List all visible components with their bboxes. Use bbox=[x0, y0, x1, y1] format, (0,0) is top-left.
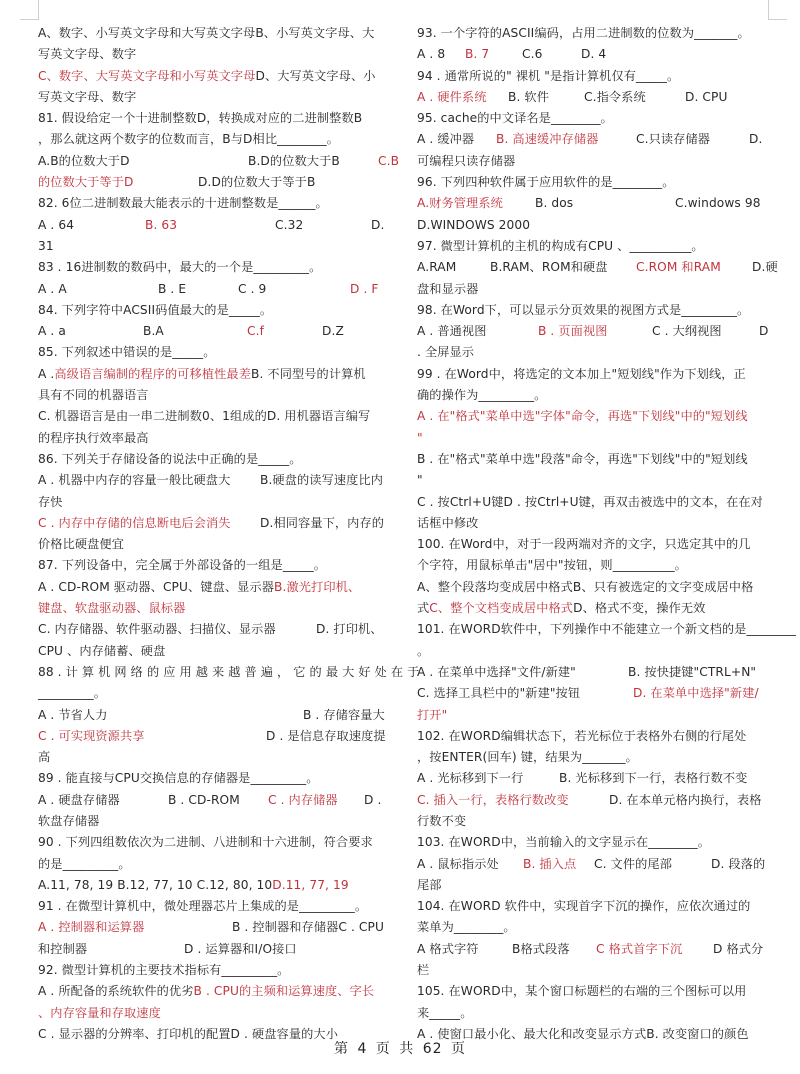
text-segment: A.B的位数大于D bbox=[38, 151, 248, 172]
text-line: 97. 微型计算机的主机的构成有CPU 、__________。 bbox=[417, 236, 773, 257]
text-line: 103. 在WORD中，当前输入的文字显示在________。 bbox=[417, 832, 773, 853]
text-line: A . 控制器和运算器B . 控制器和存储器C . CPU bbox=[38, 917, 390, 938]
text-line: 94 . 通常所说的" 裸机 "是指计算机仅有_____。 bbox=[417, 66, 773, 87]
text-line: A.11, 78, 19 B.12, 77, 10 C.12, 80, 10 D… bbox=[38, 875, 390, 896]
text-line: 确的操作为_________。 bbox=[417, 385, 773, 406]
text-segment: 91 . 在微型计算机中，微处理器芯片上集成的是_________。 bbox=[38, 896, 367, 917]
text-segment: 的程序执行效率最高 bbox=[38, 428, 149, 449]
text-line: 的是_________。 bbox=[38, 854, 390, 875]
answer-highlight: D . F bbox=[350, 279, 379, 300]
text-line: 81. 假设给定一个十进制整数D，转换成对应的二进制整数B bbox=[38, 108, 390, 129]
text-line: 85. 下列叙述中错误的是_____。 bbox=[38, 342, 390, 363]
text-line: 栏 bbox=[417, 960, 773, 981]
text-segment: 100. 在Word中，对于一段两端对齐的文字，只选定其中的几 bbox=[417, 534, 751, 555]
text-segment: 确的操作为_________。 bbox=[417, 385, 546, 406]
text-segment: 栏 bbox=[417, 960, 429, 981]
text-segment: 式 bbox=[417, 598, 429, 619]
text-segment: D 格式分 bbox=[713, 939, 763, 960]
text-line: C . 内存中存储的信息断电后会消失D.相同容量下，内存的 bbox=[38, 513, 390, 534]
text-line: 100. 在Word中，对于一段两端对齐的文字，只选定其中的几 bbox=[417, 534, 773, 555]
text-segment: C. 文件的尾部 bbox=[594, 854, 711, 875]
answer-highlight: 、内存容量和存取速度 bbox=[38, 1003, 161, 1024]
text-line: A . 普通视图B . 页面视图C . 大纲视图D bbox=[417, 321, 773, 342]
text-segment: B.RAM、ROM和硬盘 bbox=[490, 257, 636, 278]
text-segment: 来_____。 bbox=[417, 1003, 473, 1024]
text-line: _________。 bbox=[38, 683, 390, 704]
text-line: 93. 一个字符的ASCII编码，占用二进制数的位数为_______。 bbox=[417, 23, 773, 44]
text-segment: 具有不同的机器语言 bbox=[38, 385, 149, 406]
text-segment: D、大写英文字母、小 bbox=[256, 66, 376, 87]
answer-highlight: 打开" bbox=[417, 705, 447, 726]
text-line: A . 鼠标指示处B. 插入点C. 文件的尾部D. 段落的 bbox=[417, 854, 773, 875]
text-segment: _________。 bbox=[38, 683, 106, 704]
text-line: 83 . 16进制数的数码中，最大的一个是_________。 bbox=[38, 257, 390, 278]
text-segment: B . 在"格式"菜单中选"段落"命令，再选"下划线"中的"短划线 bbox=[417, 449, 748, 470]
text-segment: 81. 假设给定一个十进制整数D，转换成对应的二进制整数B bbox=[38, 108, 362, 129]
text-line: " bbox=[417, 470, 773, 491]
text-line: 写英文字母、数字 bbox=[38, 44, 390, 65]
answer-highlight: C、数字、大写英文字母和小写英文字母 bbox=[38, 66, 256, 87]
text-segment: B. dos bbox=[535, 193, 675, 214]
answer-highlight: 键盘、软盘驱动器、鼠标器 bbox=[38, 598, 185, 619]
text-segment: 盘和显示器 bbox=[417, 279, 478, 300]
text-segment: 90 . 下列四组数依次为二进制、八进制和十六进制，符合要求 bbox=[38, 832, 373, 853]
text-line: A . 所配备的系统软件的优劣B . CPU的主频和运算速度、字长 bbox=[38, 981, 390, 1002]
answer-highlight: 高级语言编制的程序的可移植性最差 bbox=[54, 364, 251, 385]
text-segment: 86. 下列关于存储设备的说法中正确的是_____。 bbox=[38, 449, 302, 470]
answer-highlight: D. 在菜单中选择"新建/ bbox=[633, 683, 759, 704]
text-segment: A . 节省人力 bbox=[38, 705, 303, 726]
text-segment: B . 控制器和存储器C . CPU bbox=[232, 917, 384, 938]
text-segment: 85. 下列叙述中错误的是_____。 bbox=[38, 342, 216, 363]
text-line: A 格式字符B格式段落C 格式首字下沉D 格式分 bbox=[417, 939, 773, 960]
text-segment: C.32 bbox=[275, 215, 371, 236]
text-line: 101. 在WORD软件中，下列操作中不能建立一个新文档的是________ bbox=[417, 619, 773, 640]
text-segment: 83 . 16进制数的数码中，最大的一个是_________。 bbox=[38, 257, 321, 278]
text-line: 89 . 能直接与CPU交换信息的存储器是_________。 bbox=[38, 768, 390, 789]
text-line: 、内存容量和存取速度 bbox=[38, 1003, 390, 1024]
answer-highlight: C.f bbox=[247, 321, 322, 342]
text-segment: D . 是信息存取速度提 bbox=[266, 726, 386, 747]
answer-highlight: 的位数大于等于D bbox=[38, 172, 198, 193]
text-line: 84. 下列字符中ACSII码值最大的是_____。 bbox=[38, 300, 390, 321]
text-line: C、数字、大写英文字母和小写英文字母D、大写英文字母、小 bbox=[38, 66, 390, 87]
text-line: 102. 在WORD编辑状态下，若光标位于表格外右侧的行尾处 bbox=[417, 726, 773, 747]
text-line: A . CD-ROM 驱动器、CPU、键盘、显示器 B.激光打印机、 bbox=[38, 577, 390, 598]
text-line: 价格比硬盘便宜 bbox=[38, 534, 390, 555]
text-line: A.B的位数大于DB.D的位数大于BC.B bbox=[38, 151, 390, 172]
text-segment: 101. 在WORD软件中，下列操作中不能建立一个新文档的是________ bbox=[417, 619, 796, 640]
text-line: 的程序执行效率最高 bbox=[38, 428, 390, 449]
text-segment: B. 按快捷键"CTRL+N" bbox=[628, 662, 756, 683]
text-segment: C.指令系统 bbox=[584, 87, 685, 108]
answer-highlight: B. 高速缓冲存储器 bbox=[496, 129, 636, 150]
answer-highlight: " bbox=[417, 428, 423, 449]
text-segment: C. 内存储器、软件驱动器、扫描仪、显示器 bbox=[38, 619, 316, 640]
text-line: A . 高级语言编制的程序的可移植性最差B. 不同型号的计算机 bbox=[38, 364, 390, 385]
text-line: 个字符，用鼠标单击"居中"按钮，则__________。 bbox=[417, 555, 773, 576]
text-line: 写英文字母、数字 bbox=[38, 87, 390, 108]
text-segment: D.Z bbox=[322, 321, 344, 342]
text-line: A . 在菜单中选择"文件/新建"B. 按快捷键"CTRL+N" bbox=[417, 662, 773, 683]
answer-highlight: B . 页面视图 bbox=[538, 321, 652, 342]
answer-highlight: C.ROM 和RAM bbox=[636, 257, 752, 278]
text-segment: 94 . 通常所说的" 裸机 "是指计算机仅有_____。 bbox=[417, 66, 679, 87]
text-line: 86. 下列关于存储设备的说法中正确的是_____。 bbox=[38, 449, 390, 470]
right-column: 93. 一个字符的ASCII编码，占用二进制数的位数为_______。A . 8… bbox=[417, 23, 773, 1045]
text-segment: 96. 下列四种软件属于应用软件的是________。 bbox=[417, 172, 675, 193]
text-line: A . 在"格式"菜单中选"字体"命令，再选"下划线"中的"短划线 bbox=[417, 406, 773, 427]
text-line: 99 . 在Word中，将选定的文本加上"短划线"作为下划线，正 bbox=[417, 364, 773, 385]
text-segment: C. 选择工具栏中的"新建"按钮 bbox=[417, 683, 633, 704]
text-segment: B . 存储容量大 bbox=[303, 705, 385, 726]
text-line: 软盘存储器 bbox=[38, 811, 390, 832]
text-line: 87. 下列设备中，完全属于外部设备的一组是_____。 bbox=[38, 555, 390, 576]
text-line: 31 bbox=[38, 236, 390, 257]
text-segment: 31 bbox=[38, 236, 54, 257]
text-segment: D.D的位数大于等于B bbox=[198, 172, 315, 193]
text-segment: B. 软件 bbox=[508, 87, 584, 108]
text-line: 104. 在WORD 软件中，实现首字下沉的操作，应依次通过的 bbox=[417, 896, 773, 917]
text-segment: D bbox=[759, 321, 769, 342]
text-segment: 写英文字母、数字 bbox=[38, 44, 136, 65]
text-segment: D . 运算器和I/O接口 bbox=[184, 939, 297, 960]
text-line: 式C、整个文档变成居中格式D、格式不变，操作无效 bbox=[417, 598, 773, 619]
text-segment: 。 bbox=[417, 641, 429, 662]
text-segment: C . 大纲视图 bbox=[652, 321, 759, 342]
text-line: 具有不同的机器语言 bbox=[38, 385, 390, 406]
text-segment: 菜单为________。 bbox=[417, 917, 516, 938]
text-line: A、整个段落均变成居中格式B、只有被选定的文字变成居中格 bbox=[417, 577, 773, 598]
text-segment: A.11, 78, 19 B.12, 77, 10 C.12, 80, 10 bbox=[38, 875, 272, 896]
answer-highlight: B . CPU的主频和运算速度、字长 bbox=[194, 981, 375, 1002]
text-segment: 可编程只读存储器 bbox=[417, 151, 515, 172]
answer-highlight: B. 插入点 bbox=[523, 854, 594, 875]
text-segment: 存快 bbox=[38, 492, 63, 513]
text-line: 88 . 计 算 机 网 络 的 应 用 越 来 越 普 遍 ， 它 的 最 大… bbox=[38, 662, 390, 683]
text-segment: B . E bbox=[158, 279, 238, 300]
answer-highlight: A . 硬件系统 bbox=[417, 87, 508, 108]
text-segment: B. 不同型号的计算机 bbox=[251, 364, 366, 385]
text-segment: C.6 bbox=[522, 44, 581, 65]
text-segment: D. bbox=[749, 129, 762, 150]
text-segment: 104. 在WORD 软件中，实现首字下沉的操作，应依次通过的 bbox=[417, 896, 750, 917]
text-segment: 99 . 在Word中，将选定的文本加上"短划线"作为下划线，正 bbox=[417, 364, 746, 385]
text-line: 96. 下列四种软件属于应用软件的是________。 bbox=[417, 172, 773, 193]
text-line: 可编程只读存储器 bbox=[417, 151, 773, 172]
text-line: A . 机器中内存的容量一般比硬盘大B.硬盘的读写速度比内 bbox=[38, 470, 390, 491]
answer-highlight: C . 内存储器 bbox=[268, 790, 364, 811]
text-segment: ，那么就这两个数字的位数而言，B与D相比________。 bbox=[38, 129, 339, 150]
text-segment: C. 机器语言是由一串二进制数0、1组成的D. 用机器语言编写 bbox=[38, 406, 370, 427]
text-segment: A . bbox=[38, 364, 54, 385]
text-segment: D. 在本单元格内换行，表格 bbox=[609, 790, 762, 811]
answer-highlight: B. 7 bbox=[465, 44, 522, 65]
text-segment: 102. 在WORD编辑状态下，若光标位于表格外右侧的行尾处 bbox=[417, 726, 746, 747]
text-segment: A . 64 bbox=[38, 215, 145, 236]
text-segment: 行数不变 bbox=[417, 811, 466, 832]
text-line: C . 按Ctrl+U键D . 按Ctrl+U键，再双击被选中的文本，在在对 bbox=[417, 492, 773, 513]
text-segment: A . 机器中内存的容量一般比硬盘大 bbox=[38, 470, 260, 491]
text-segment: 89 . 能直接与CPU交换信息的存储器是_________。 bbox=[38, 768, 318, 789]
text-line: A . AB . EC . 9D . F bbox=[38, 279, 390, 300]
text-segment: A、整个段落均变成居中格式B、只有被选定的文字变成居中格 bbox=[417, 577, 753, 598]
text-segment: D. bbox=[371, 215, 384, 236]
text-segment: B.A bbox=[143, 321, 247, 342]
text-segment: D. 4 bbox=[581, 44, 606, 65]
text-line: 98. 在Word下，可以显示分页效果的视图方式是_________。 bbox=[417, 300, 773, 321]
text-line: C. 插入一行，表格行数改变D. 在本单元格内换行，表格 bbox=[417, 790, 773, 811]
crop-mark-top-right bbox=[768, 0, 787, 20]
answer-highlight: A . 在"格式"菜单中选"字体"命令，再选"下划线"中的"短划线 bbox=[417, 406, 748, 427]
text-line: A、数字、小写英文字母和大写英文字母B、小写英文字母、大 bbox=[38, 23, 390, 44]
text-segment: A . a bbox=[38, 321, 143, 342]
text-segment: D. 打印机、 bbox=[316, 619, 383, 640]
text-line: C. 内存储器、软件驱动器、扫描仪、显示器D. 打印机、 bbox=[38, 619, 390, 640]
text-segment: 88 . 计 算 机 网 络 的 应 用 越 来 越 普 遍 ， 它 的 最 大… bbox=[38, 662, 419, 683]
text-segment: B . CD-ROM bbox=[168, 790, 268, 811]
text-line: 92. 微型计算机的主要技术指标有_________。 bbox=[38, 960, 390, 981]
text-line: B . 在"格式"菜单中选"段落"命令，再选"下划线"中的"短划线 bbox=[417, 449, 773, 470]
answer-highlight: C . 内存中存储的信息断电后会消失 bbox=[38, 513, 260, 534]
answer-highlight: B. 63 bbox=[145, 215, 275, 236]
text-segment: 个字符，用鼠标单击"居中"按钮，则__________。 bbox=[417, 555, 687, 576]
text-segment: A . 硬盘存储器 bbox=[38, 790, 168, 811]
text-segment: D. CPU bbox=[685, 87, 728, 108]
text-segment: C . 按Ctrl+U键D . 按Ctrl+U键，再双击被选中的文本，在在对 bbox=[417, 492, 763, 513]
answer-highlight: C.B bbox=[378, 151, 399, 172]
text-line: 82. 6位二进制数最大能表示的十进制整数是______。 bbox=[38, 193, 390, 214]
text-segment: 的是_________。 bbox=[38, 854, 131, 875]
answer-highlight: C、整个文档变成居中格式 bbox=[429, 598, 573, 619]
text-line: ，那么就这两个数字的位数而言，B与D相比________。 bbox=[38, 129, 390, 150]
text-segment: 92. 微型计算机的主要技术指标有_________。 bbox=[38, 960, 289, 981]
text-segment: 93. 一个字符的ASCII编码，占用二进制数的位数为_______。 bbox=[417, 23, 750, 44]
answer-highlight: C . 可实现资源共享 bbox=[38, 726, 266, 747]
answer-highlight: C. 插入一行，表格行数改变 bbox=[417, 790, 609, 811]
text-segment: D、格式不变，操作无效 bbox=[573, 598, 705, 619]
text-segment: 87. 下列设备中，完全属于外部设备的一组是_____。 bbox=[38, 555, 326, 576]
text-line: 。 bbox=[417, 641, 773, 662]
text-segment: 话框中修改 bbox=[417, 513, 478, 534]
text-line: 的位数大于等于DD.D的位数大于等于B bbox=[38, 172, 390, 193]
text-line: 话框中修改 bbox=[417, 513, 773, 534]
answer-highlight: C 格式首字下沉 bbox=[596, 939, 713, 960]
text-segment: A . 所配备的系统软件的优劣 bbox=[38, 981, 194, 1002]
text-segment: 和控制器 bbox=[38, 939, 184, 960]
text-line: 91 . 在微型计算机中，微处理器芯片上集成的是_________。 bbox=[38, 896, 390, 917]
text-line: A . 硬件系统B. 软件C.指令系统D. CPU bbox=[417, 87, 773, 108]
text-line: A.RAMB.RAM、ROM和硬盘C.ROM 和RAMD.硬 bbox=[417, 257, 773, 278]
page-footer: 第 4 页 共 62 页 bbox=[0, 1038, 800, 1058]
text-segment: C.只读存储器 bbox=[636, 129, 749, 150]
text-line: A . 缓冲器B. 高速缓冲存储器C.只读存储器D. bbox=[417, 129, 773, 150]
text-line: A . aB.AC.fD.Z bbox=[38, 321, 390, 342]
text-line: D.WINDOWS 2000 bbox=[417, 215, 773, 236]
text-line: 键盘、软盘驱动器、鼠标器 bbox=[38, 598, 390, 619]
text-segment: 95. cache的中文译名是________。 bbox=[417, 108, 613, 129]
text-line: CPU 、内存储蓄、硬盘 bbox=[38, 641, 390, 662]
text-segment: A . A bbox=[38, 279, 158, 300]
text-line: C . 可实现资源共享D . 是信息存取速度提 bbox=[38, 726, 390, 747]
text-segment: 软盘存储器 bbox=[38, 811, 99, 832]
text-line: 90 . 下列四组数依次为二进制、八进制和十六进制，符合要求 bbox=[38, 832, 390, 853]
text-line: C. 机器语言是由一串二进制数0、1组成的D. 用机器语言编写 bbox=[38, 406, 390, 427]
text-segment: A . 鼠标指示处 bbox=[417, 854, 523, 875]
text-segment: 105. 在WORD中，某个窗口标题栏的右端的三个图标可以用 bbox=[417, 981, 746, 1002]
text-segment: A . 普通视图 bbox=[417, 321, 538, 342]
text-segment: . 全屏显示 bbox=[417, 342, 474, 363]
text-line: 95. cache的中文译名是________。 bbox=[417, 108, 773, 129]
text-segment: A . 光标移到下一行 bbox=[417, 768, 559, 789]
text-segment: C.windows 98 bbox=[675, 193, 761, 214]
text-segment: A . CD-ROM 驱动器、CPU、键盘、显示器 bbox=[38, 577, 274, 598]
answer-highlight: D.11, 77, 19 bbox=[272, 875, 348, 896]
text-line: A . 硬盘存储器B . CD-ROMC . 内存储器D . bbox=[38, 790, 390, 811]
text-segment: 尾部 bbox=[417, 875, 442, 896]
text-line: " bbox=[417, 428, 773, 449]
text-segment: B.D的位数大于B bbox=[248, 151, 378, 172]
text-line: 105. 在WORD中，某个窗口标题栏的右端的三个图标可以用 bbox=[417, 981, 773, 1002]
text-line: ，按ENTER(回车) 键，结果为_______。 bbox=[417, 747, 773, 768]
text-segment: B.硬盘的读写速度比内 bbox=[260, 470, 383, 491]
text-segment: 82. 6位二进制数最大能表示的十进制整数是______。 bbox=[38, 193, 328, 214]
text-segment: 103. 在WORD中，当前输入的文字显示在________。 bbox=[417, 832, 710, 853]
answer-highlight: B.激光打印机、 bbox=[274, 577, 360, 598]
text-segment: C . 9 bbox=[238, 279, 350, 300]
text-segment: 97. 微型计算机的主机的构成有CPU 、__________。 bbox=[417, 236, 704, 257]
text-segment: B格式段落 bbox=[512, 939, 596, 960]
text-line: A.财务管理系统B. dosC.windows 98 bbox=[417, 193, 773, 214]
crop-mark-top-left bbox=[20, 0, 39, 20]
text-line: 打开" bbox=[417, 705, 773, 726]
text-line: 盘和显示器 bbox=[417, 279, 773, 300]
text-line: A . 光标移到下一行B. 光标移到下一行，表格行数不变 bbox=[417, 768, 773, 789]
text-line: . 全屏显示 bbox=[417, 342, 773, 363]
text-line: 高 bbox=[38, 747, 390, 768]
text-line: 行数不变 bbox=[417, 811, 773, 832]
text-segment: ，按ENTER(回车) 键，结果为_______。 bbox=[417, 747, 638, 768]
text-segment: D.WINDOWS 2000 bbox=[417, 215, 530, 236]
answer-highlight: A.财务管理系统 bbox=[417, 193, 535, 214]
text-segment: " bbox=[417, 470, 423, 491]
text-segment: D.硬 bbox=[752, 257, 778, 278]
text-segment: A . 8 bbox=[417, 44, 465, 65]
text-line: 来_____。 bbox=[417, 1003, 773, 1024]
answer-highlight: A . 控制器和运算器 bbox=[38, 917, 232, 938]
text-line: 和控制器D . 运算器和I/O接口 bbox=[38, 939, 390, 960]
text-line: A . 8B. 7C.6D. 4 bbox=[417, 44, 773, 65]
text-line: 尾部 bbox=[417, 875, 773, 896]
text-line: 菜单为________。 bbox=[417, 917, 773, 938]
text-segment: D. 段落的 bbox=[711, 854, 765, 875]
text-segment: 价格比硬盘便宜 bbox=[38, 534, 124, 555]
text-segment: 写英文字母、数字 bbox=[38, 87, 136, 108]
left-column: A、数字、小写英文字母和大写英文字母B、小写英文字母、大写英文字母、数字C、数字… bbox=[38, 23, 390, 1045]
text-line: A . 节省人力B . 存储容量大 bbox=[38, 705, 390, 726]
text-segment: A . 缓冲器 bbox=[417, 129, 496, 150]
text-line: C. 选择工具栏中的"新建"按钮D. 在菜单中选择"新建/ bbox=[417, 683, 773, 704]
text-segment: 高 bbox=[38, 747, 50, 768]
text-segment: 98. 在Word下，可以显示分页效果的视图方式是_________。 bbox=[417, 300, 749, 321]
text-segment: A.RAM bbox=[417, 257, 490, 278]
text-line: A . 64B. 63C.32D. bbox=[38, 215, 390, 236]
text-segment: D.相同容量下，内存的 bbox=[260, 513, 384, 534]
text-line: 存快 bbox=[38, 492, 390, 513]
text-segment: B. 光标移到下一行，表格行数不变 bbox=[559, 768, 747, 789]
text-segment: D . bbox=[364, 790, 381, 811]
text-segment: A . 在菜单中选择"文件/新建" bbox=[417, 662, 628, 683]
text-segment: A、数字、小写英文字母和大写英文字母B、小写英文字母、大 bbox=[38, 23, 374, 44]
text-segment: 84. 下列字符中ACSII码值最大的是_____。 bbox=[38, 300, 272, 321]
text-segment: CPU 、内存储蓄、硬盘 bbox=[38, 641, 165, 662]
text-segment: A 格式字符 bbox=[417, 939, 512, 960]
